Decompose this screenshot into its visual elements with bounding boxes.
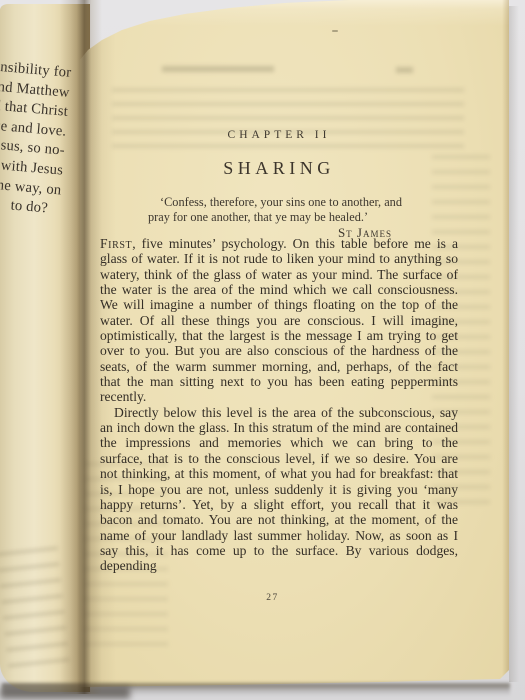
- gutter-shadow: [60, 0, 102, 694]
- page-number: 27: [100, 593, 445, 603]
- page-edge-shadow: [509, 6, 519, 682]
- ghost-showthrough: [396, 67, 413, 73]
- chapter-heading: CHAPTER II: [100, 129, 458, 141]
- epigraph-line: ‘Confess, therefore, your sins one to an…: [148, 195, 428, 210]
- paragraph-text: , five minutes’ psychology. On this tabl…: [100, 236, 458, 404]
- chapter-title: SHARING: [100, 158, 458, 179]
- page-top-edge-highlight: [80, 0, 509, 70]
- book-photo: onsibility for And Matthew ld that Chris…: [0, 0, 525, 700]
- right-page: CHAPTER II SHARING ‘Confess, therefore, …: [80, 0, 509, 688]
- epigraph: ‘Confess, therefore, your sins one to an…: [148, 195, 428, 240]
- paper-speck: [332, 30, 338, 32]
- paragraph-lead-word: First: [100, 236, 132, 251]
- body-text: First, five minutes’ psychology. On this…: [100, 236, 458, 574]
- paragraph: Directly below this level is the area of…: [100, 405, 458, 574]
- page-right-edge: [502, 0, 509, 688]
- ghost-showthrough: [162, 66, 274, 72]
- epigraph-line: pray for one another, that ye may be hea…: [148, 210, 428, 225]
- paragraph: First, five minutes’ psychology. On this…: [100, 236, 458, 405]
